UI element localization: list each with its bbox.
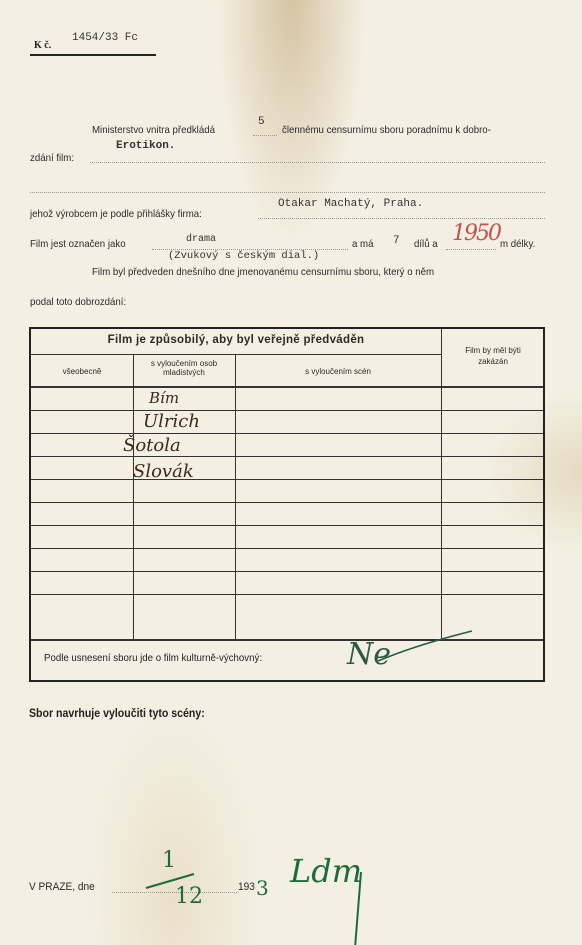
genre-note: (Zvukový s českým dial.) xyxy=(168,250,319,262)
member-count-field: 5 xyxy=(253,117,277,136)
table-row xyxy=(31,571,543,572)
film-title-field: Erotikon. xyxy=(90,145,545,163)
table-row xyxy=(31,594,543,595)
signature-2: Ulrich xyxy=(143,411,200,432)
genre-field: drama xyxy=(152,233,348,250)
col-banned-header: Film by měl býti zakázán xyxy=(441,345,545,367)
scenes-label: Sbor navrhuje vyloučiti tyto scény: xyxy=(29,708,205,720)
table-row xyxy=(31,456,543,457)
place-label: V PRAZE, dne xyxy=(29,881,95,893)
date-month: 12 xyxy=(175,884,203,909)
screening-line2: podal toto dobrozdání: xyxy=(30,296,126,308)
parts-suffix: dílů a xyxy=(414,238,438,250)
reference-number: 1454/33 Fc xyxy=(72,32,138,44)
col-banned-line2: zakázán xyxy=(441,356,545,367)
year-prefix: 193 xyxy=(238,881,255,893)
table-row xyxy=(31,548,543,549)
table-row xyxy=(31,410,543,411)
genre-value: drama xyxy=(186,234,216,245)
signature-3: Šotola xyxy=(123,435,181,456)
footer-label: Podle usnesení sboru jde o film kulturně… xyxy=(44,652,262,664)
film-label: zdání film: xyxy=(30,152,74,164)
col-minors-header: s vyloučením osob mladistvých xyxy=(133,359,235,377)
signature-tail xyxy=(345,870,365,945)
producer-label: jehož výrobcem je podle přihlášky firma: xyxy=(30,208,202,220)
parts-label: a má xyxy=(352,238,373,250)
member-count: 5 xyxy=(258,116,265,128)
signature-4: Slovák xyxy=(133,461,194,482)
col-minors-line1: s vyloučením osob xyxy=(133,359,235,368)
table-row xyxy=(31,479,543,480)
column-divider xyxy=(235,354,236,639)
footer-stroke xyxy=(376,625,476,665)
col-general-header: všeobecně xyxy=(31,367,133,376)
group-header: Film je způsobilý, aby byl veřejně předv… xyxy=(31,334,441,346)
length-value: 1950 xyxy=(452,221,500,246)
col-minors-line2: mladistvých xyxy=(133,368,235,377)
verdict-table: Film je způsobilý, aby byl veřejně předv… xyxy=(29,327,545,682)
intro-line1-suffix: člennému censurnímu sboru poradnímu k do… xyxy=(282,124,491,136)
date-day: 1 xyxy=(162,848,176,873)
table-rule xyxy=(31,354,441,355)
producer-field: Otakar Machatý, Praha. xyxy=(258,202,545,219)
reference-label: K č. xyxy=(34,40,51,51)
table-row xyxy=(31,525,543,526)
intro-line1-prefix: Ministerstvo vnitra předkládá xyxy=(92,124,215,136)
signature-1: Bím xyxy=(149,389,179,407)
column-divider xyxy=(133,354,134,639)
blank-line xyxy=(30,175,545,193)
table-row xyxy=(31,433,543,434)
column-divider xyxy=(441,329,442,639)
table-rule xyxy=(31,386,543,388)
parts-value: 7 xyxy=(393,235,400,247)
length-field: 1950 xyxy=(446,233,496,250)
col-scenes-header: s vyloučením scén xyxy=(235,367,441,376)
designation-label: Film jest označen jako xyxy=(30,238,126,250)
reference-block: K č. 1454/33 Fc xyxy=(30,34,156,56)
screening-line1: Film byl předveden dnešního dne jmenovan… xyxy=(92,266,434,278)
year-digit: 3 xyxy=(256,876,269,900)
producer-value: Otakar Machatý, Praha. xyxy=(278,198,423,210)
film-title: Erotikon. xyxy=(116,140,175,152)
length-suffix: m délky. xyxy=(500,238,535,250)
col-banned-line1: Film by měl býti xyxy=(441,345,545,356)
table-row xyxy=(31,502,543,503)
